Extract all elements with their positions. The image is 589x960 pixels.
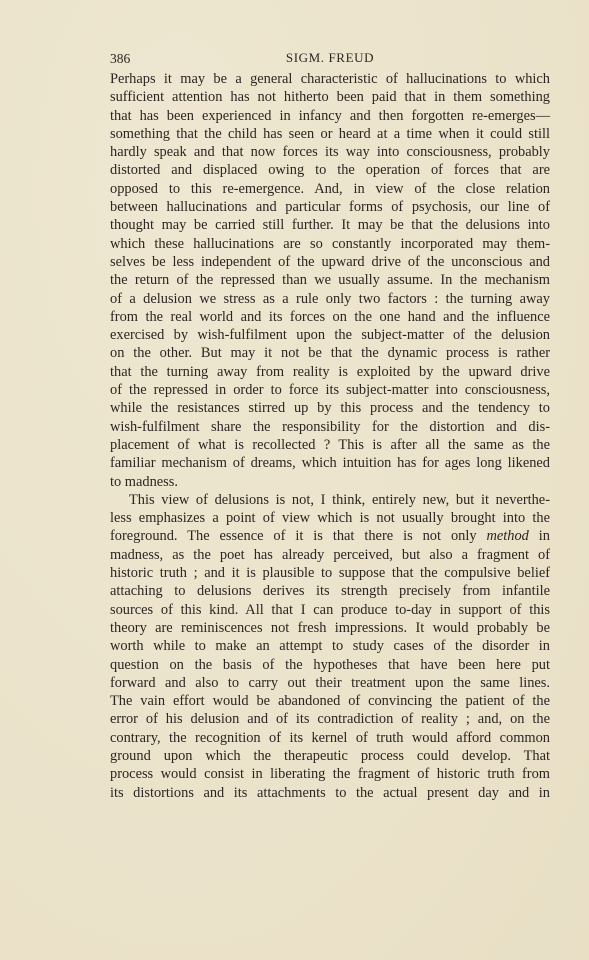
text-line: that has been experienced in infancy and…: [110, 107, 550, 125]
running-head: 386 SIGM. FREUD: [110, 50, 550, 70]
text-line: process would consist in liberating the …: [110, 765, 550, 783]
text-line: opposed to this re-emergence. And, in vi…: [110, 180, 550, 198]
text-line: question on the basis of the hypotheses …: [110, 656, 550, 674]
text-line: ground upon which the therapeutic proces…: [110, 747, 550, 765]
text-line: madness, as the poet has already perceiv…: [110, 546, 550, 564]
text-line: contrary, the recognition of its kernel …: [110, 729, 550, 747]
text-line: forward and also to carry out their trea…: [110, 674, 550, 692]
text-run: in: [529, 528, 550, 544]
text-line: to madness.: [110, 473, 550, 491]
text-line: wish-fulfilment share the responsibility…: [110, 418, 550, 436]
book-page: 386 SIGM. FREUD Perhaps it may be a gene…: [110, 50, 550, 802]
text-line: between hallucinations and particular fo…: [110, 198, 550, 216]
text-line: placement of what is recollected ? This …: [110, 436, 550, 454]
text-line: Perhaps it may be a general characterist…: [110, 70, 550, 88]
text-line: on the other. But may it not be that the…: [110, 344, 550, 362]
text-line-with-italic: foreground. The essence of it is that th…: [110, 527, 550, 545]
text-line: that the turning away from reality is ex…: [110, 363, 550, 381]
text-line: which these hallucinations are so consta…: [110, 235, 550, 253]
running-head-title: SIGM. FREUD: [110, 50, 550, 66]
body-text: Perhaps it may be a general characterist…: [110, 70, 550, 802]
italic-word: method: [486, 528, 528, 544]
text-run: foreground. The essence of it is that th…: [110, 528, 477, 544]
text-line: the return of the repressed than we usua…: [110, 271, 550, 289]
text-line: historic truth ; and it is plausible to …: [110, 564, 550, 582]
text-line: something that the child has seen or hea…: [110, 125, 550, 143]
paragraph-1: Perhaps it may be a general characterist…: [110, 70, 550, 491]
text-line: theory are reminiscences not fresh impre…: [110, 619, 550, 637]
text-line: The vain effort would be abandoned of co…: [110, 692, 550, 710]
text-line: worth while to make an attempt to study …: [110, 637, 550, 655]
text-line: from the real world and its forces on th…: [110, 308, 550, 326]
text-line: familiar mechanism of dreams, which intu…: [110, 454, 550, 472]
text-line: hardly speak and that now forces its way…: [110, 143, 550, 161]
text-line: less emphasizes a point of view which is…: [110, 509, 550, 527]
text-line: its distortions and its attachments to t…: [110, 784, 550, 802]
text-line: while the resistances stirred up by this…: [110, 399, 550, 417]
text-line: distorted and displaced owing to the ope…: [110, 161, 550, 179]
text-line: selves be less independent of the upward…: [110, 253, 550, 271]
text-line: of a delusion we stress as a rule only t…: [110, 290, 550, 308]
text-line: error of his delusion and of its contrad…: [110, 710, 550, 728]
text-line: of the repressed in order to force its s…: [110, 381, 550, 399]
text-line: attaching to delusions derives its stren…: [110, 582, 550, 600]
text-line: This view of delusions is not, I think, …: [110, 491, 550, 509]
text-line: exercised by wish-fulfilment upon the su…: [110, 326, 550, 344]
text-line: sufficient attention has not hitherto be…: [110, 88, 550, 106]
text-line: thought may be carried still further. It…: [110, 216, 550, 234]
paragraph-2: This view of delusions is not, I think, …: [110, 491, 550, 802]
text-line: sources of this kind. All that I can pro…: [110, 601, 550, 619]
